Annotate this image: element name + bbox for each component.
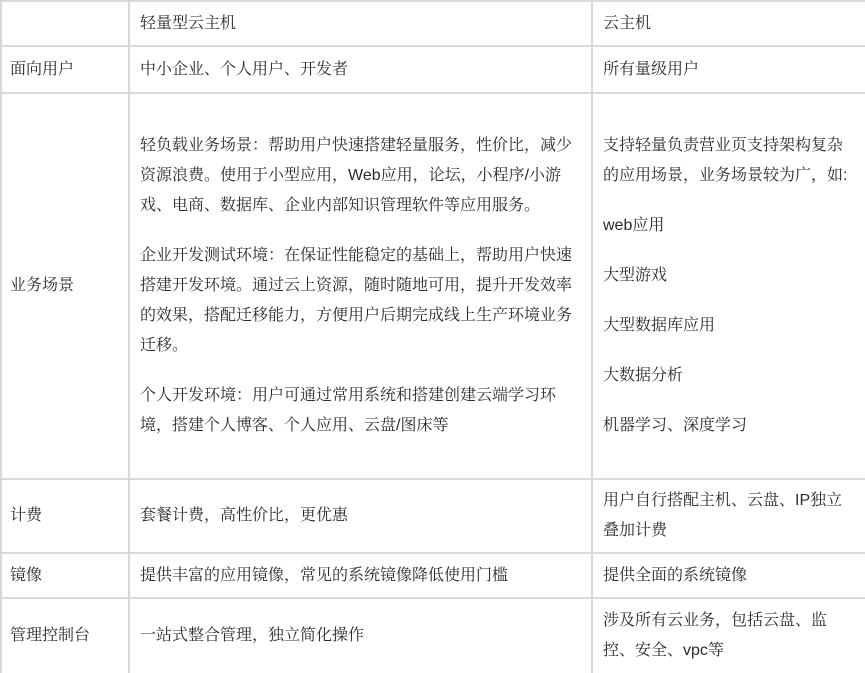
scenario-item-machine-learning: 机器学习、深度学习: [603, 411, 853, 441]
scenario-item-large-database: 大型数据库应用: [603, 311, 853, 341]
header-lightweight-cloud-host: 轻量型云主机: [129, 1, 592, 46]
row-billing: 计费 套餐计费，高性价比，更优惠 用户自行搭配主机、云盘、IP独立叠加计费: [1, 479, 865, 553]
scenario-item-large-game: 大型游戏: [603, 261, 853, 291]
row-label-target-users: 面向用户: [1, 46, 129, 93]
cell-management-console-lightweight: 一站式整合管理，独立简化操作: [129, 598, 592, 673]
scenario-item-big-data: 大数据分析: [603, 361, 853, 391]
cell-images-cloud: 提供全面的系统镜像: [592, 553, 865, 598]
scenario-paragraph-intro: 支持轻量负责营业页支持架构复杂的应用场景，业务场景较为广，如:: [603, 131, 853, 191]
cell-target-users-lightweight: 中小企业、个人用户、开发者: [129, 46, 592, 93]
row-label-images: 镜像: [1, 553, 129, 598]
cell-images-lightweight: 提供丰富的应用镜像，常见的系统镜像降低使用门槛: [129, 553, 592, 598]
cell-business-scenarios-lightweight: 轻负载业务场景：帮助用户快速搭建轻量服务，性价比，减少资源浪费。使用于小型应用，…: [129, 93, 592, 479]
row-label-business-scenarios: 业务场景: [1, 93, 129, 479]
scenario-item-web-app: web应用: [603, 211, 853, 241]
row-management-console: 管理控制台 一站式整合管理，独立简化操作 涉及所有云业务，包括云盘、监控、安全、…: [1, 598, 865, 673]
row-images: 镜像 提供丰富的应用镜像，常见的系统镜像降低使用门槛 提供全面的系统镜像: [1, 553, 865, 598]
scenario-paragraph-personal-dev: 个人开发环境：用户可通过常用系统和搭建创建云端学习环境，搭建个人博客、个人应用、…: [140, 381, 579, 441]
cell-billing-lightweight: 套餐计费，高性价比，更优惠: [129, 479, 592, 553]
cell-billing-cloud: 用户自行搭配主机、云盘、IP独立叠加计费: [592, 479, 865, 553]
header-row: 轻量型云主机 云主机: [1, 1, 865, 46]
row-label-billing: 计费: [1, 479, 129, 553]
header-empty-cell: [1, 1, 129, 46]
cell-target-users-cloud: 所有量级用户: [592, 46, 865, 93]
scenario-paragraph-enterprise-dev-test: 企业开发测试环境：在保证性能稳定的基础上，帮助用户快速搭建开发环境。通过云上资源…: [140, 241, 579, 361]
row-business-scenarios: 业务场景 轻负载业务场景：帮助用户快速搭建轻量服务，性价比，减少资源浪费。使用于…: [1, 93, 865, 479]
cell-business-scenarios-cloud: 支持轻量负责营业页支持架构复杂的应用场景，业务场景较为广，如: web应用 大型…: [592, 93, 865, 479]
row-target-users: 面向用户 中小企业、个人用户、开发者 所有量级用户: [1, 46, 865, 93]
cell-management-console-cloud: 涉及所有云业务，包括云盘、监控、安全、vpc等: [592, 598, 865, 673]
product-comparison-table: 轻量型云主机 云主机 面向用户 中小企业、个人用户、开发者 所有量级用户 业务场…: [0, 0, 865, 673]
header-cloud-host: 云主机: [592, 1, 865, 46]
row-label-management-console: 管理控制台: [1, 598, 129, 673]
scenario-paragraph-light-load: 轻负载业务场景：帮助用户快速搭建轻量服务，性价比，减少资源浪费。使用于小型应用，…: [140, 131, 579, 221]
